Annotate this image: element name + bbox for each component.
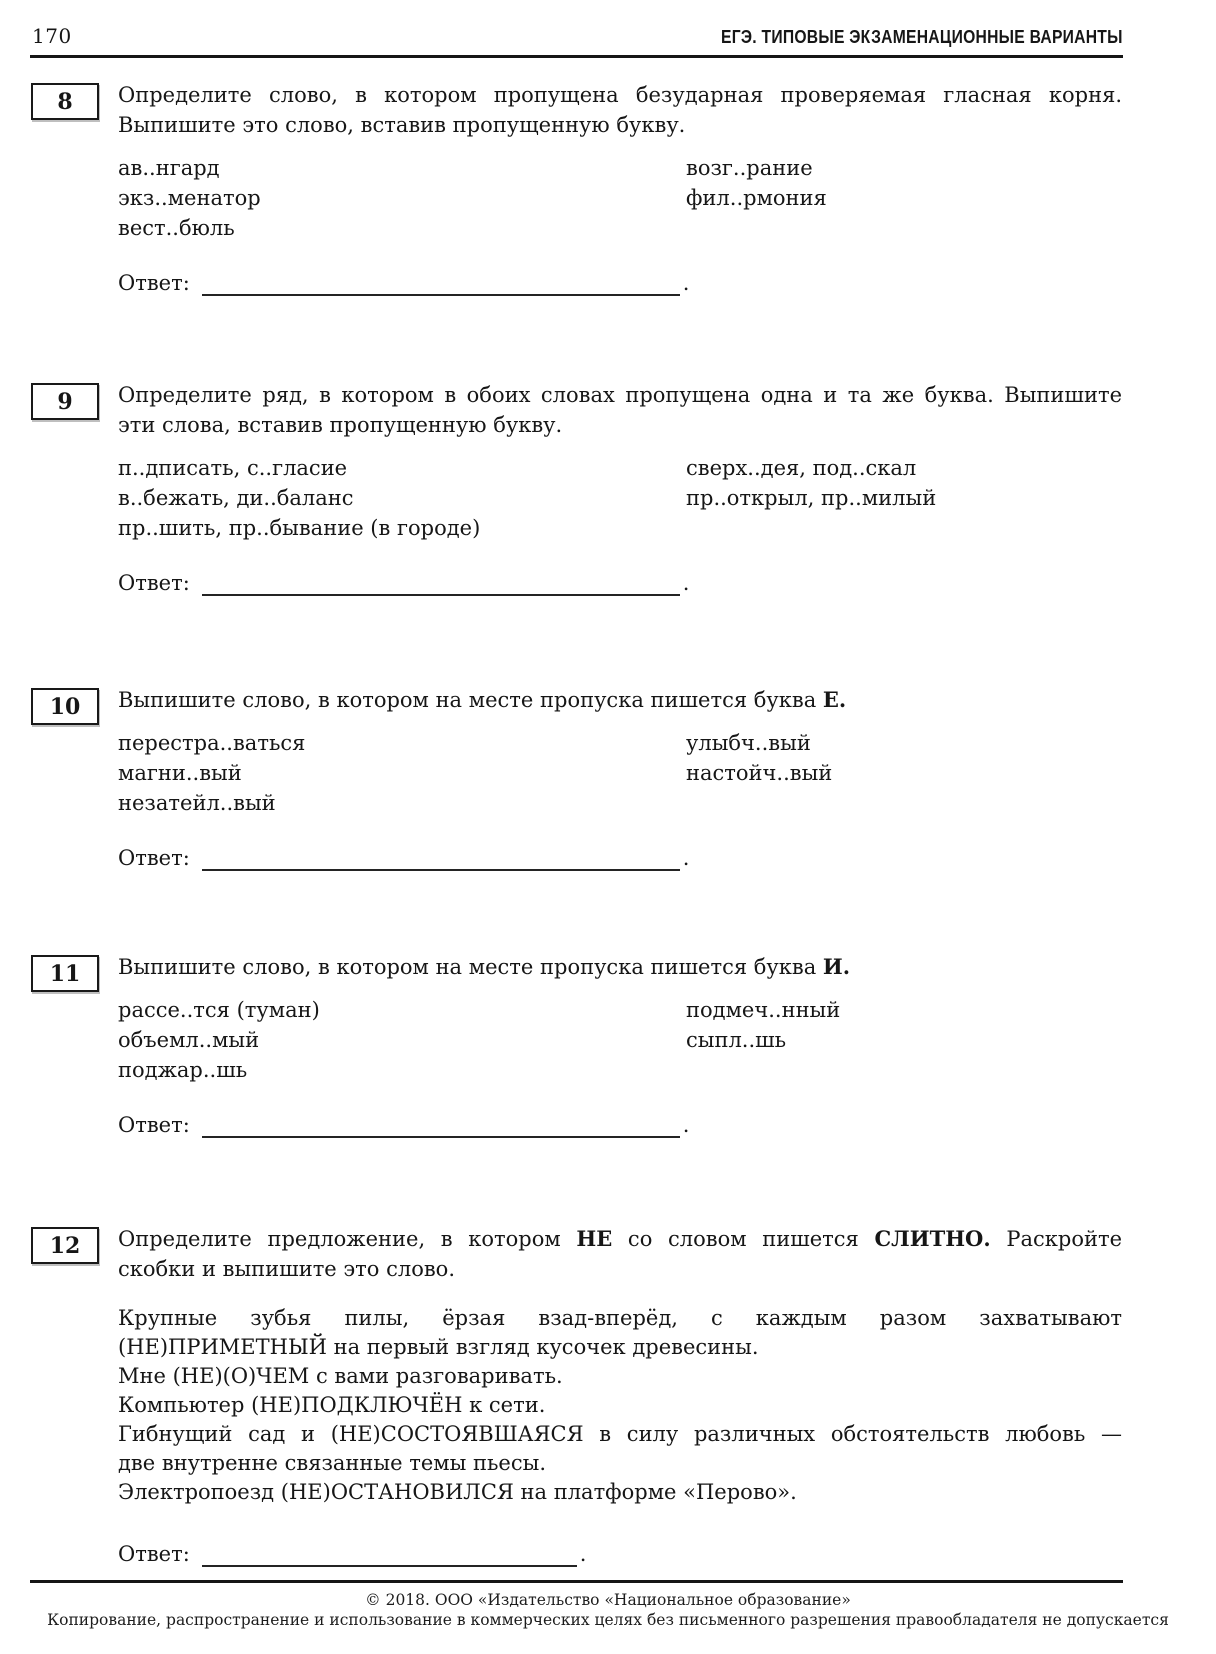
page-number: 170 <box>32 24 72 48</box>
word-option: экз..менатор <box>118 183 1122 213</box>
text-line: две внутренне связанные темы пьесы. <box>118 1449 1122 1478</box>
word-option: перестра..ваться <box>118 728 1122 758</box>
answer-row: Ответ:. <box>118 1539 1122 1569</box>
word-options-right: возг..рание фил..рмония <box>686 153 827 213</box>
question-number: 12 <box>50 1233 81 1259</box>
word-options-right: подмеч..нный сыпл..шь <box>686 995 840 1055</box>
text-line: Мне (НЕ)(О)ЧЕМ с вами разговаривать. <box>118 1362 1122 1391</box>
word-option: возг..рание <box>686 153 827 183</box>
text-line: Определите ряд, в котором в обоих словах… <box>118 380 1122 410</box>
word-option: п..дписать, с..гласие <box>118 453 1122 483</box>
answer-row: Ответ:. <box>118 1110 1122 1140</box>
question-number-box: 8 <box>31 83 99 120</box>
word-options-right: улыбч..вый настойч..вый <box>686 728 832 788</box>
word-option: вест..бюль <box>118 213 1122 243</box>
text-line: Выпишите слово, в котором на месте пропу… <box>118 952 1122 982</box>
word-options: п..дписать, с..гласие в..бежать, ди..бал… <box>118 453 1122 543</box>
answer-period: . <box>683 571 690 595</box>
word-option: в..бежать, ди..баланс <box>118 483 1122 513</box>
question-number-box: 9 <box>31 383 99 420</box>
word-option: пр..открыл, пр..милый <box>686 483 936 513</box>
question-number: 8 <box>57 89 72 115</box>
answer-label: Ответ: <box>118 271 190 295</box>
question-8: 8 Определите слово, в котором пропущена … <box>31 83 1122 298</box>
word-option: рассе..тся (туман) <box>118 995 1122 1025</box>
text-line: эти слова, вставив пропущенную букву. <box>118 410 1122 440</box>
footer-copyright: © 2018. ООО «Издательство «Национальное … <box>0 1591 1216 1609</box>
word-option: фил..рмония <box>686 183 827 213</box>
word-option: настойч..вый <box>686 758 832 788</box>
answer-period: . <box>683 271 690 295</box>
text-line: (НЕ)ПРИМЕТНЫЙ на первый взгляд кусочек д… <box>118 1333 1122 1362</box>
word-options: ав..нгард экз..менатор вест..бюль возг..… <box>118 153 1122 243</box>
question-number: 11 <box>50 961 81 987</box>
answer-label: Ответ: <box>118 846 190 870</box>
question-number: 10 <box>50 694 81 720</box>
word-option: объемл..мый <box>118 1025 1122 1055</box>
answer-period: . <box>683 846 690 870</box>
text-line: Электропоезд (НЕ)ОСТАНОВИЛСЯ на платформ… <box>118 1478 1122 1507</box>
text-line: скобки и выпишите это слово. <box>118 1254 1122 1284</box>
question-statement: Определите предложение, в котором НЕ со … <box>118 1224 1122 1284</box>
answer-label: Ответ: <box>118 1113 190 1137</box>
answer-period: . <box>683 1113 690 1137</box>
answer-blank <box>202 1132 680 1138</box>
word-options: рассе..тся (туман) объемл..мый поджар..ш… <box>118 995 1122 1085</box>
answer-blank <box>202 1561 577 1567</box>
word-option: поджар..шь <box>118 1055 1122 1085</box>
text-line: Гибнущий сад и (НЕ)СОСТОЯВШАЯСЯ в силу р… <box>118 1420 1122 1449</box>
text-line: Компьютер (НЕ)ПОДКЛЮЧЁН к сети. <box>118 1391 1122 1420</box>
question-12: 12 Определите предложение, в котором НЕ … <box>31 1227 1122 1569</box>
word-option: подмеч..нный <box>686 995 840 1025</box>
word-options-left: п..дписать, с..гласие в..бежать, ди..бал… <box>118 453 1122 543</box>
answer-row: Ответ:. <box>118 843 1122 873</box>
word-option: сверх..дея, под..скал <box>686 453 936 483</box>
question-11: 11 Выпишите слово, в котором на месте пр… <box>31 955 1122 1140</box>
sentence-options: Крупные зубья пилы, ёрзая взад-вперёд, с… <box>118 1304 1122 1507</box>
question-statement: Определите слово, в котором пропущена бе… <box>118 80 1122 140</box>
word-option: ав..нгард <box>118 153 1122 183</box>
answer-period: . <box>580 1542 587 1566</box>
header-title: ЕГЭ. ТИПОВЫЕ ЭКЗАМЕНАЦИОННЫЕ ВАРИАНТЫ <box>721 27 1123 48</box>
question-number-box: 10 <box>31 688 99 725</box>
word-options: перестра..ваться магни..вый незатейл..вы… <box>118 728 1122 818</box>
answer-label: Ответ: <box>118 571 190 595</box>
answer-blank <box>202 590 680 596</box>
word-option: незатейл..вый <box>118 788 1122 818</box>
question-10: 10 Выпишите слово, в котором на месте пр… <box>31 688 1122 873</box>
footer-notice: Копирование, распространение и использов… <box>0 1611 1216 1629</box>
text-line: Крупные зубья пилы, ёрзая взад-вперёд, с… <box>118 1304 1122 1333</box>
answer-row: Ответ:. <box>118 568 1122 598</box>
word-option: пр..шить, пр..бывание (в городе) <box>118 513 1122 543</box>
answer-blank <box>202 290 680 296</box>
word-options-right: сверх..дея, под..скал пр..открыл, пр..ми… <box>686 453 936 513</box>
question-9: 9 Определите ряд, в котором в обоих слов… <box>31 383 1122 598</box>
text-line: Определите предложение, в котором НЕ со … <box>118 1224 1122 1254</box>
answer-label: Ответ: <box>118 1542 190 1566</box>
word-option: улыбч..вый <box>686 728 832 758</box>
word-options-left: ав..нгард экз..менатор вест..бюль <box>118 153 1122 243</box>
question-statement: Выпишите слово, в котором на месте пропу… <box>118 685 1122 715</box>
question-statement: Определите ряд, в котором в обоих словах… <box>118 380 1122 440</box>
word-options-left: перестра..ваться магни..вый незатейл..вы… <box>118 728 1122 818</box>
exam-page: 170 ЕГЭ. ТИПОВЫЕ ЭКЗАМЕНАЦИОННЫЕ ВАРИАНТ… <box>0 0 1216 1654</box>
question-statement: Выпишите слово, в котором на месте пропу… <box>118 952 1122 982</box>
answer-blank <box>202 865 680 871</box>
question-number-box: 12 <box>31 1227 99 1264</box>
text-line: Выпишите слово, в котором на месте пропу… <box>118 685 1122 715</box>
header-rule <box>30 55 1123 58</box>
word-options-left: рассе..тся (туман) объемл..мый поджар..ш… <box>118 995 1122 1085</box>
question-number: 9 <box>57 389 72 415</box>
answer-row: Ответ:. <box>118 268 1122 298</box>
word-option: магни..вый <box>118 758 1122 788</box>
text-line: Выпишите это слово, вставив пропущенную … <box>118 110 1122 140</box>
question-number-box: 11 <box>31 955 99 992</box>
footer-rule <box>30 1580 1123 1583</box>
text-line: Определите слово, в котором пропущена бе… <box>118 80 1122 110</box>
word-option: сыпл..шь <box>686 1025 840 1055</box>
